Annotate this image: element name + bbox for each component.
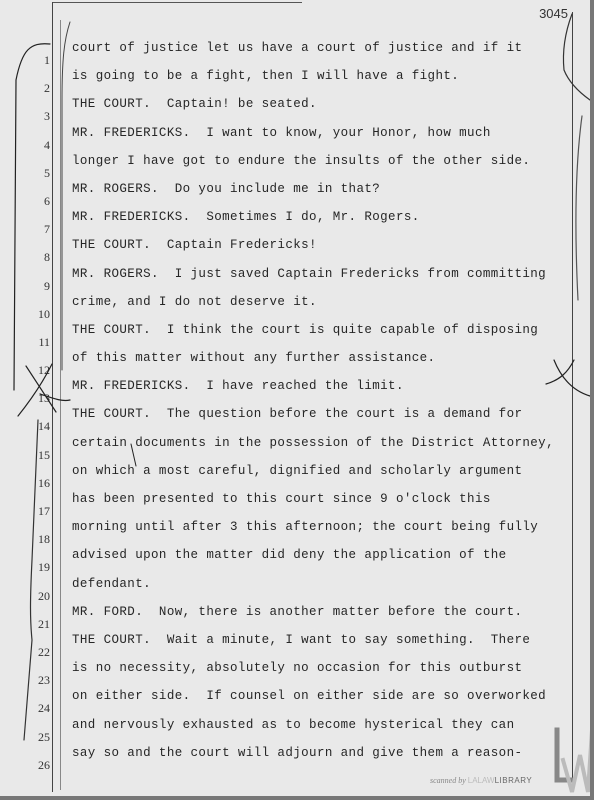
line-number: 12 [30, 356, 50, 384]
transcript-line: THE COURT. I think the court is quite ca… [72, 316, 582, 344]
line-number: 4 [30, 131, 50, 159]
transcript-line: crime, and I do not deserve it. [72, 288, 582, 316]
transcript-line: MR. FORD. Now, there is another matter b… [72, 598, 582, 626]
line-number: 25 [30, 723, 50, 751]
line-number: 5 [30, 159, 50, 187]
page-shadow-bottom [0, 796, 594, 800]
transcript-line: morning until after 3 this afternoon; th… [72, 513, 582, 541]
line-number: 9 [30, 272, 50, 300]
transcript-line: is going to be a fight, then I will have… [72, 62, 582, 90]
margin-rule-inner [60, 20, 61, 790]
transcript-line: THE COURT. Wait a minute, I want to say … [72, 626, 582, 654]
line-number: 20 [30, 582, 50, 610]
transcript-line: MR. ROGERS. Do you include me in that? [72, 175, 582, 203]
line-number: 19 [30, 553, 50, 581]
page-top-border [52, 2, 302, 3]
transcript-line: defendant. [72, 570, 582, 598]
page-number: 3045 [539, 6, 568, 21]
line-number: 13 [30, 384, 50, 412]
line-number: 16 [30, 469, 50, 497]
line-number-column: 1234567891011121314151617181920212223242… [30, 46, 50, 779]
transcript-line: on either side. If counsel on either sid… [72, 682, 582, 710]
transcript-line: has been presented to this court since 9… [72, 485, 582, 513]
transcript-line: say so and the court will adjourn and gi… [72, 739, 582, 767]
line-number: 24 [30, 694, 50, 722]
line-number: 23 [30, 666, 50, 694]
transcript-line: MR. FREDERICKS. I have reached the limit… [72, 372, 582, 400]
line-number: 7 [30, 215, 50, 243]
margin-rule-left [52, 2, 53, 792]
transcript-line: MR. ROGERS. I just saved Captain Frederi… [72, 260, 582, 288]
transcript-line: court of justice let us have a court of … [72, 34, 582, 62]
line-number: 22 [30, 638, 50, 666]
transcript-line: advised upon the matter did deny the app… [72, 541, 582, 569]
transcript-line: THE COURT. The question before the court… [72, 400, 582, 428]
transcript-line: longer I have got to endure the insults … [72, 147, 582, 175]
transcript-line: MR. FREDERICKS. I want to know, your Hon… [72, 119, 582, 147]
line-number: 10 [30, 300, 50, 328]
line-number: 2 [30, 74, 50, 102]
scanned-by-watermark: scanned by LALAWLIBRARY [430, 776, 532, 785]
line-number: 1 [30, 46, 50, 74]
transcript-line: and nervously exhausted as to become hys… [72, 711, 582, 739]
transcript-text: court of justice let us have a court of … [72, 34, 582, 767]
transcript-line: THE COURT. Captain Fredericks! [72, 231, 582, 259]
transcript-line: certain documents in the possession of t… [72, 429, 582, 457]
transcript-line: THE COURT. Captain! be seated. [72, 90, 582, 118]
line-number: 14 [30, 412, 50, 440]
transcript-line: of this matter without any further assis… [72, 344, 582, 372]
page-shadow-right [590, 0, 594, 800]
line-number: 3 [30, 102, 50, 130]
line-number: 26 [30, 751, 50, 779]
transcript-line: is no necessity, absolutely no occasion … [72, 654, 582, 682]
line-number: 6 [30, 187, 50, 215]
line-number: 11 [30, 328, 50, 356]
line-number: 8 [30, 243, 50, 271]
line-number: 18 [30, 525, 50, 553]
transcript-page: 3045 12345678910111213141516171819202122… [0, 0, 594, 800]
line-number: 21 [30, 610, 50, 638]
line-number: 17 [30, 497, 50, 525]
transcript-line: on which a most careful, dignified and s… [72, 457, 582, 485]
transcript-line: MR. FREDERICKS. Sometimes I do, Mr. Roge… [72, 203, 582, 231]
line-number: 15 [30, 441, 50, 469]
